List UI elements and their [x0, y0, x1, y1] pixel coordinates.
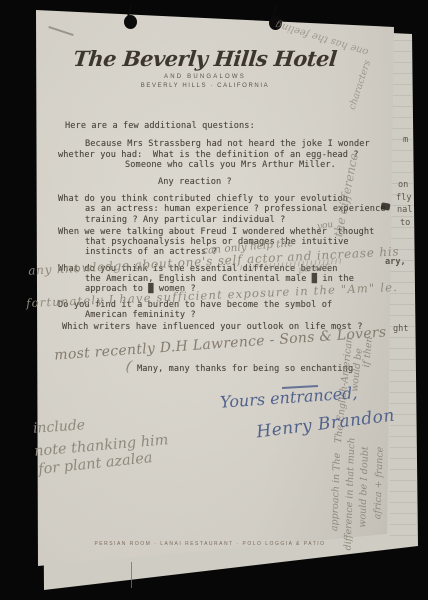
page2-fragment: nal — [397, 205, 413, 215]
typed-line: Someone who calls you Mrs Arthur Miller. — [125, 160, 336, 170]
page2-fragment: fly — [396, 193, 412, 203]
pink-edge-mark — [131, 562, 132, 588]
typed-line: whether you had: What is the definition … — [58, 150, 359, 160]
typed-line: Here are a few additional questions: — [65, 121, 255, 131]
typed-line: Because Mrs Strassberg had not heard the… — [85, 139, 370, 149]
typed-line: training ? Any particular individual ? — [85, 215, 285, 225]
page2-fragment: to — [400, 218, 410, 228]
letterhead-subtitle-1: AND BUNGALOWS — [0, 74, 410, 80]
typed-line: Many, many thanks for being so enchantin… — [137, 364, 353, 374]
typed-line: Any reaction ? — [158, 177, 232, 187]
letterhead-subtitle-2: BEVERLY HILLS · CALIFORNIA — [0, 83, 410, 89]
typed-line: American femininity ? — [85, 310, 196, 320]
typed-line: the American, English and Continental ma… — [85, 274, 354, 284]
ink-blot — [380, 202, 390, 210]
letterhead: The Beverly Hills Hotel AND BUNGALOWS BE… — [0, 46, 410, 89]
page2-fragment: on — [398, 180, 408, 190]
typed-line: What do you think contributed chiefly to… — [58, 194, 348, 204]
page2-fragment: ght — [393, 324, 409, 334]
page2-fragment: m — [403, 135, 408, 145]
paper-fastener-left — [124, 15, 137, 29]
photographed-letter: The Beverly Hills Hotel AND BUNGALOWS BE… — [0, 0, 428, 600]
letterhead-footer: PERSIAN ROOM · LANAI RESTAURANT · POLO L… — [0, 541, 420, 547]
